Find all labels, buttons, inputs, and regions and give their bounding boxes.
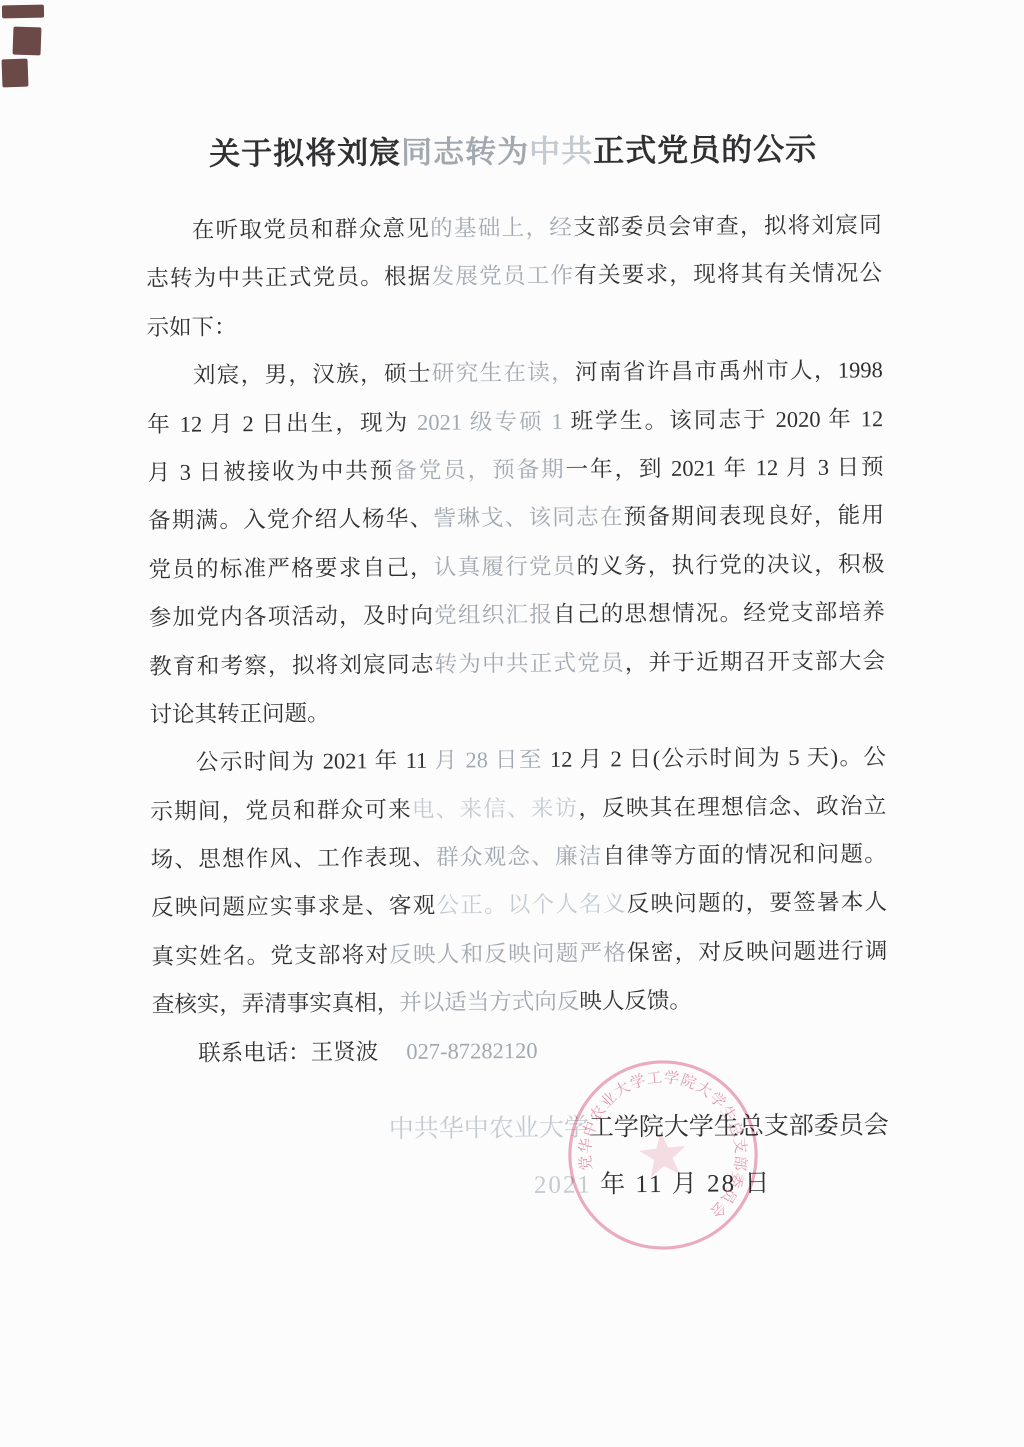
text-segment: 班学生。该同志于 2020 年 12: [571, 406, 884, 433]
text-segment: 支部委员会审查，拟将刘宸同: [573, 212, 882, 239]
document-line: 备期满。入党介绍人杨华、訾琳戈、该同志在预备期间表现良好，能用: [148, 492, 884, 546]
document-line: 教育和考察，拟将刘宸同志转为中共正式党员，并于近期召开支部大会: [149, 637, 885, 691]
date-line: 2021 年 11 月 28 日: [153, 1166, 889, 1206]
text-segment: 志转为中共正式党员。根据: [146, 264, 432, 291]
text-segment: 保密，对反映问题进行调: [627, 938, 888, 965]
document-body: 在听取党员和群众意见的基础上，经支部委员会审查，拟将刘宸同志转为中共正式党员。根…: [146, 201, 889, 1078]
document-line: 刘宸，男，汉族，硕士研究生在读，河南省许昌市禹州市人，1998: [147, 346, 883, 400]
text-segment: 河南省许昌市禹州市人，1998: [575, 357, 883, 384]
scanned-document-page: 关于拟将刘宸同志转为中共正式党员的公示 在听取党员和群众意见的基础上，经支部委员…: [0, 0, 1024, 1447]
document-title: 关于拟将刘宸同志转为中共正式党员的公示: [145, 125, 881, 179]
document-line: 反映问题应实事求是、客观公正。以个人名义反映问题的，要签暑本人: [151, 879, 887, 933]
text-segment: 反映人和反映问题严格: [389, 940, 627, 967]
text-segment: 转为中共正式党员: [434, 650, 624, 676]
text-segment: 发展党员工作: [431, 263, 574, 289]
text-segment: 关于拟将刘宸: [209, 135, 401, 172]
text-segment: 刘宸，男，汉族，硕士: [193, 361, 432, 388]
text-segment: 党组织汇报: [434, 602, 553, 628]
document-line: 示期间，党员和群众可来电、来信、来访，反映其在理想信念、政治立: [150, 782, 886, 836]
text-segment: 查核实，弄清事实真相，: [152, 990, 400, 1017]
document-line: 示如下：: [146, 298, 882, 352]
star-icon: [637, 1129, 688, 1178]
document-line: 场、思想作风、工作表现、群众观念、廉洁自律等方面的情况和问题。: [151, 830, 887, 884]
official-seal-graphic: 中国共产党华中农业大学工学院大学生总支部委员会: [555, 1047, 770, 1262]
document-line: 志转为中共正式党员。根据发展党员工作有关要求，现将其有关情况公: [146, 250, 882, 304]
text-segment: 并以适当方式向反: [399, 989, 579, 1015]
text-segment: ，并于近期召开支部大会: [625, 648, 886, 675]
document-line: 讨论其转正问题。: [149, 685, 885, 739]
text-segment: ，反映其在理想信念、政治立: [578, 793, 886, 820]
text-segment: 訾琳戈、该同志在: [433, 505, 623, 531]
document-line: 公示时间为 2021 年 11 月 28 日至 12 月 2 日(公示时间为 5…: [150, 733, 886, 787]
text-segment: 备党员，预备期: [394, 457, 565, 483]
document-line: 查核实，弄清事实真相，并以适当方式向反映人反馈。: [152, 975, 888, 1029]
document-line: 月 3 日被接收为中共预备党员，预备期一年，到 2021 年 12 月 3 日预: [147, 443, 883, 497]
document-line: 真实姓名。党支部将对反映人和反映问题严格保密，对反映问题进行调: [151, 927, 887, 981]
text-segment: 映人反馈。: [579, 988, 692, 1014]
text-segment: 正式党员的公示: [593, 132, 817, 169]
text-segment: 群众观念、廉洁: [436, 844, 603, 870]
text-segment: 同志转为: [401, 134, 529, 170]
document-line: 在听取党员和群众意见的基础上，经支部委员会审查，拟将刘宸同: [146, 201, 882, 255]
text-segment: 电、来信、来访: [412, 795, 579, 821]
text-segment: 讨论其转正问题。: [149, 700, 329, 726]
text-segment: 认真履行党员: [434, 553, 577, 579]
text-segment: 自己的思想情况。经党支部培养: [553, 599, 885, 627]
text-segment: 反映问题应实事求是、客观: [151, 893, 437, 920]
text-segment: 示如下：: [146, 314, 236, 340]
text-segment: 一年，到 2021 年 12 月 3 日预: [565, 454, 883, 481]
text-segment: 备期满。入党介绍人杨华、: [148, 506, 434, 533]
text-segment: 示期间，党员和群众可来: [150, 797, 412, 824]
document-line: 参加党内各项活动，及时向党组织汇报自己的思想情况。经党支部培养: [149, 588, 885, 642]
text-segment: 中共: [529, 133, 593, 169]
text-segment: 反映问题的，要签暑本人: [627, 890, 888, 917]
official-seal: 中国共产党华中农业大学工学院大学生总支部委员会: [555, 1047, 770, 1262]
scan-artifact-mark: [13, 27, 42, 56]
scan-artifact-mark: [2, 59, 29, 88]
text-segment: 027-87282120: [406, 1038, 537, 1064]
signature-line: 中共华中农业大学工学院大学生总支部委员会: [153, 1108, 889, 1150]
text-segment: 月 28 日至: [427, 747, 550, 773]
text-segment: 年 12 月 2 日出生，现为: [147, 409, 417, 436]
document-line: 党员的标准严格要求自己，认真履行党员的义务，执行党的决议，积极: [148, 540, 884, 594]
scan-artifact-mark: [2, 5, 44, 19]
text-segment: 参加党内各项活动，及时向: [149, 603, 435, 630]
text-segment: 公正。以个人名义: [436, 892, 626, 918]
text-segment: 党员的标准严格要求自己，: [148, 554, 434, 581]
text-segment: 真实姓名。党支部将对: [151, 942, 389, 969]
text-segment: 2021 级专硕 1: [417, 408, 571, 434]
text-segment: 研究生在读，: [432, 360, 576, 386]
text-segment: 有关要求，现将其有关情况公: [574, 261, 882, 288]
text-segment: 在听取党员和群众意见: [192, 216, 431, 243]
text-segment: 自律等方面的情况和问题。: [602, 841, 886, 868]
text-segment: 联系电话：王贤波: [198, 1039, 406, 1066]
text-segment: 中共华中农业大学: [389, 1115, 589, 1144]
document-line: 联系电话：王贤波 027-87282120: [152, 1024, 888, 1078]
text-segment: 月 3 日被接收为中共预: [148, 458, 395, 485]
document-content: 关于拟将刘宸同志转为中共正式党员的公示 在听取党员和群众意见的基础上，经支部委员…: [145, 125, 889, 1206]
text-segment: 公示时间为 2021 年 11: [196, 748, 428, 775]
text-segment: 预备期间表现良好，能用: [624, 503, 885, 530]
text-segment: 教育和考察，拟将刘宸同志: [149, 651, 435, 678]
text-segment: 场、思想作风、工作表现、: [151, 845, 437, 872]
text-segment: 12 月 2 日(公示时间为 5 天)。公: [550, 744, 886, 772]
text-segment: 的义务，执行党的决议，积极: [576, 551, 884, 578]
text-segment: 的基础上，经: [430, 215, 573, 241]
document-line: 年 12 月 2 日出生，现为 2021 级专硕 1 班学生。该同志于 2020…: [147, 395, 883, 449]
